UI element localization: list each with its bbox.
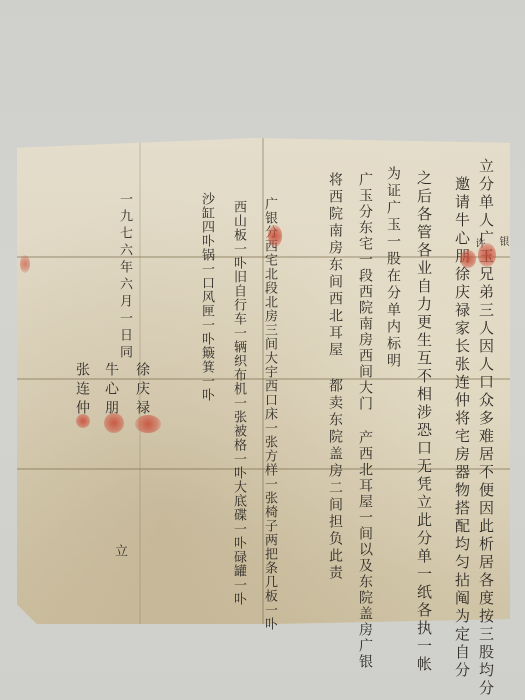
- thumbprint-seal: [478, 243, 496, 267]
- witness-1: 徐庆禄: [135, 362, 149, 419]
- contract-date: 一九七六年六月一日同: [118, 192, 131, 362]
- contract-column-5: 广玉分东宅一段西院南房西间大门 产西北耳屋一间以及东院盖房广银: [358, 172, 372, 670]
- thumbprint-seal: [268, 225, 282, 247]
- contract-column-8: 西山板一卟旧自行车一辆织布机一张被格一卟大底碟一卟碌罐一卟: [232, 200, 245, 606]
- thumbprint-seal: [135, 415, 161, 433]
- contract-column-9: 沙缸四卟锅一口风匣一卟簸箕一卟: [200, 192, 213, 402]
- thumbprint-seal: [76, 414, 90, 428]
- contract-column-4: 为证广玉一股在分单内标明: [386, 166, 400, 370]
- thumbprint-seal: [460, 250, 476, 268]
- closing-mark: 立: [113, 544, 126, 560]
- contract-column-3: 之后各管各业自力更生互不相涉恐口无凭立此分单一纸各执一帐: [416, 170, 431, 674]
- witness-3: 张连仲: [75, 362, 89, 419]
- thumbprint-seal: [104, 413, 124, 433]
- witness-2: 牛心朋: [104, 362, 118, 419]
- thumbprint-seal: [20, 255, 30, 273]
- side-annotation: 银: [497, 236, 507, 249]
- contract-column-7: 广银分西宅北段北房三间大宇西口床一张方样一张椅子两把条几板一卟: [263, 197, 276, 631]
- contract-column-6: 将西院南房东间西北耳屋 都卖东院盖房二间担负此责: [328, 172, 342, 582]
